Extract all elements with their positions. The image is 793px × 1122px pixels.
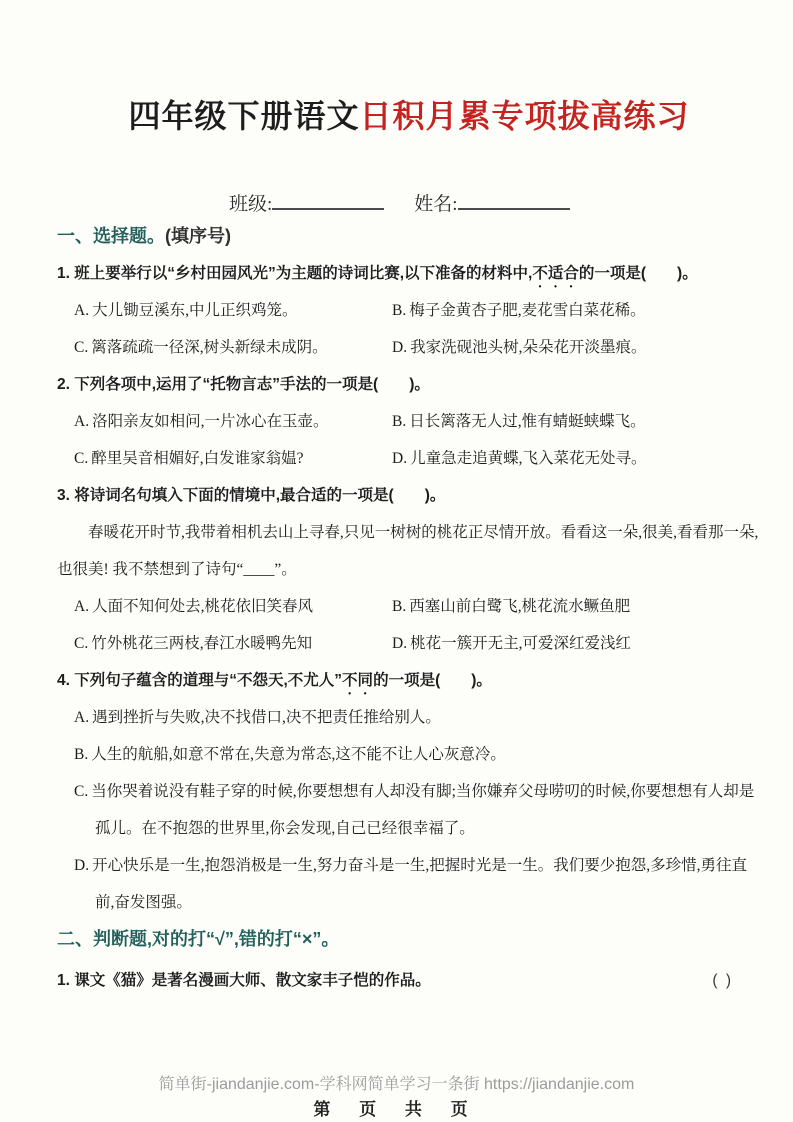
name-blank-line	[458, 192, 570, 210]
question2-options-row1: A.洛阳亲友如相问,一片冰心在玉壶。 B.日长篱落无人过,惟有蜻蜓蛱蝶飞。	[57, 403, 761, 440]
option-text: 人面不知何处去,桃花依旧笑春风	[92, 598, 313, 615]
question1-options-row2: C.篱落疏疏一径深,树头新绿未成阴。 D.我家洗砚池头树,朵朵花开淡墨痕。	[57, 329, 761, 366]
footer-watermark: 简单街-jiandanjie.com-学科网简单学习一条街 https://ji…	[0, 1071, 793, 1094]
option-text: 篱落疏疏一径深,树头新绿未成阴。	[91, 339, 327, 356]
section2-question1: 1. 课文《猫》是著名漫画大师、散文家丰子恺的作品。 ( )	[57, 962, 761, 999]
question1-options-row1: A.大儿锄豆溪东,中儿正织鸡笼。 B.梅子金黄杏子肥,麦花雪白菜花稀。	[57, 292, 761, 329]
option-text: 遇到挫折与失败,决不找借口,决不把责任推给别人。	[92, 709, 441, 726]
option-label: B.	[392, 413, 406, 430]
option-label: C.	[74, 450, 88, 467]
class-label: 班级:	[229, 194, 272, 215]
judge-question-text: 1. 课文《猫》是著名漫画大师、散文家丰子恺的作品。	[57, 962, 431, 999]
question3-passage: 春暖花开时节,我带着相机去山上寻春,只见一树树的桃花正尽情开放。看看这一朵,很美…	[57, 514, 761, 588]
worksheet-body: 一、选择题。(填序号) 1. 班上要举行以“乡村田园风光”为主题的诗词比赛,以下…	[57, 218, 761, 999]
option-label: B.	[392, 598, 406, 615]
option-label: D.	[74, 857, 89, 874]
option-label: D.	[392, 635, 407, 652]
option-text: 西塞山前白鹭飞,桃花流水鳜鱼肥	[409, 598, 630, 615]
option-label: D.	[392, 339, 407, 356]
question1-stem-pre: 1. 班上要举行以“乡村田园风光”为主题的诗词比赛,以下准备的材料中,	[57, 265, 532, 282]
question3-options-row1: A.人面不知何处去,桃花依旧笑春风 B.西塞山前白鹭飞,桃花流水鳜鱼肥	[57, 588, 761, 625]
question3-option-a: A.人面不知何处去,桃花依旧笑春风	[74, 588, 392, 625]
option-text: 开心快乐是一生,抱怨消极是一生,努力奋斗是一生,把握时光是一生。我们要少抱怨,多…	[92, 857, 747, 911]
option-text: 桃花一簇开无主,可爱深红爱浅红	[410, 635, 631, 652]
option-text: 我家洗砚池头树,朵朵花开淡墨痕。	[410, 339, 646, 356]
option-text: 竹外桃花三两枝,春江水暖鸭先知	[91, 635, 312, 652]
question3-options-row2: C.竹外桃花三两枝,春江水暖鸭先知 D.桃花一簇开无主,可爱深红爱浅红	[57, 625, 761, 662]
question1-option-c: C.篱落疏疏一径深,树头新绿未成阴。	[74, 329, 392, 366]
question1-stem-post: 的一项是( )。	[579, 265, 698, 282]
question4-option-d: D.开心快乐是一生,抱怨消极是一生,努力奋斗是一生,把握时光是一生。我们要少抱怨…	[57, 847, 761, 921]
question3-stem: 3. 将诗词名句填入下面的情境中,最合适的一项是( )。	[57, 477, 761, 514]
option-label: A.	[74, 598, 89, 615]
question4-stem: 4. 下列句子蕴含的道理与“不怨天,不尤人”不同的一项是( )。	[57, 662, 761, 699]
question4-option-b: B.人生的航船,如意不常在,失意为常态,这不能不让人心灰意冷。	[57, 736, 761, 773]
question2-option-d: D.儿童急走追黄蝶,飞入菜花无处寻。	[392, 440, 761, 477]
page-title-red-part: 日积月累专项拔高练习	[360, 98, 690, 134]
option-text: 大儿锄豆溪东,中儿正织鸡笼。	[92, 302, 297, 319]
option-label: B.	[74, 746, 88, 763]
option-label: A.	[74, 413, 89, 430]
option-label: A.	[74, 709, 89, 726]
question1-stem: 1. 班上要举行以“乡村田园风光”为主题的诗词比赛,以下准备的材料中,不适合的一…	[57, 255, 761, 292]
option-text: 人生的航船,如意不常在,失意为常态,这不能不让人心灰意冷。	[91, 746, 506, 763]
question4-stem-post: 的一项是( )。	[373, 672, 492, 689]
question4-stem-emphasis: 不同	[342, 672, 373, 689]
page-title-black-part: 四年级下册语文	[128, 98, 359, 134]
question1-option-a: A.大儿锄豆溪东,中儿正织鸡笼。	[74, 292, 392, 329]
option-text: 醉里吴音相媚好,白发谁家翁媪?	[91, 450, 303, 467]
question1-option-d: D.我家洗砚池头树,朵朵花开淡墨痕。	[392, 329, 761, 366]
option-label: C.	[74, 635, 88, 652]
section2-heading: 二、判断题,对的打“√”,错的打“×”。	[57, 921, 761, 958]
option-label: C.	[74, 339, 88, 356]
question2-stem: 2. 下列各项中,运用了“托物言志”手法的一项是( )。	[57, 366, 761, 403]
option-label: A.	[74, 302, 89, 319]
question4-option-a: A.遇到挫折与失败,决不找借口,决不把责任推给别人。	[57, 699, 761, 736]
option-text: 洛阳亲友如相问,一片冰心在玉壶。	[92, 413, 328, 430]
question1-option-b: B.梅子金黄杏子肥,麦花雪白菜花稀。	[392, 292, 761, 329]
class-blank-line	[272, 192, 384, 210]
question2-option-c: C.醉里吴音相媚好,白发谁家翁媪?	[74, 440, 392, 477]
worksheet-page: 四年级下册语文日积月累专项拔高练习 班级:姓名: 一、选择题。(填序号) 1. …	[0, 0, 793, 1122]
question2-option-b: B.日长篱落无人过,惟有蜻蜓蛱蝶飞。	[392, 403, 761, 440]
question3-option-c: C.竹外桃花三两枝,春江水暖鸭先知	[74, 625, 392, 662]
section1-heading-main: 一、选择题。	[57, 226, 165, 246]
student-info-row: 班级:姓名:	[229, 192, 761, 218]
judge-answer-bracket: ( )	[712, 962, 761, 999]
question4-option-c: C.当你哭着说没有鞋子穿的时候,你要想想有人却没有脚;当你嫌弃父母唠叨的时候,你…	[57, 773, 761, 847]
option-text: 当你哭着说没有鞋子穿的时候,你要想想有人却没有脚;当你嫌弃父母唠叨的时候,你要想…	[91, 783, 754, 837]
question4-stem-pre: 4. 下列句子蕴含的道理与“不怨天,不尤人”	[57, 672, 342, 689]
option-label: C.	[74, 783, 88, 800]
option-text: 儿童急走追黄蝶,飞入菜花无处寻。	[410, 450, 646, 467]
question3-option-b: B.西塞山前白鹭飞,桃花流水鳜鱼肥	[392, 588, 761, 625]
question2-option-a: A.洛阳亲友如相问,一片冰心在玉壶。	[74, 403, 392, 440]
option-label: D.	[392, 450, 407, 467]
section1-heading: 一、选择题。(填序号)	[57, 218, 761, 255]
name-label: 姓名:	[414, 194, 457, 215]
option-text: 日长篱落无人过,惟有蜻蜓蛱蝶飞。	[409, 413, 645, 430]
question2-options-row2: C.醉里吴音相媚好,白发谁家翁媪? D.儿童急走追黄蝶,飞入菜花无处寻。	[57, 440, 761, 477]
footer-page-number: 第 页 共 页	[0, 1095, 793, 1120]
question1-stem-emphasis: 不适合	[532, 265, 579, 282]
section1-heading-note: (填序号)	[165, 226, 231, 246]
option-label: B.	[392, 302, 406, 319]
question3-option-d: D.桃花一簇开无主,可爱深红爱浅红	[392, 625, 761, 662]
option-text: 梅子金黄杏子肥,麦花雪白菜花稀。	[409, 302, 645, 319]
page-title: 四年级下册语文日积月累专项拔高练习	[57, 92, 761, 140]
